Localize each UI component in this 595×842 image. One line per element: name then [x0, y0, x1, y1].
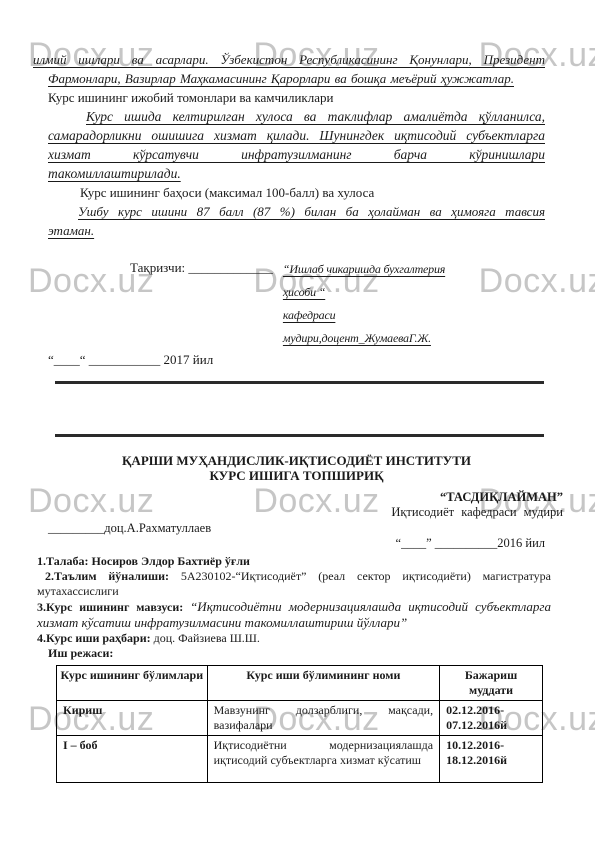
row-section: Кириш — [57, 701, 208, 736]
reviewer-label: Тақризчи: — [130, 260, 185, 275]
table-row: Кириш Мавзунинг долзарблиги, мақсади, ва… — [57, 701, 543, 736]
item-advisor-label: 4.Курс иши раҳбари: — [37, 631, 151, 645]
item-advisor-value: доц. Файзиева Ш.Ш. — [154, 631, 260, 645]
item-advisor: 4.Курс иши раҳбари: доц. Файзиева Ш.Ш. — [37, 631, 551, 646]
row-deadline: 02.12.2016-07.12.2016й — [440, 701, 543, 736]
conclusion-paragraph: Курс ишида келтирилган хулоса ва таклифл… — [48, 107, 545, 183]
item-direction-label: 2.Таълим йўналиши: — [45, 569, 169, 583]
item-student-value: Носиров Элдор Бахтиёр ўғли — [92, 554, 250, 568]
institute-header: ҚАРШИ МУҲАНДИСЛИК-ИҚТИСОДИЁТ ИНСТИТУТИ К… — [48, 453, 545, 483]
grade-heading: Курс ишининг баҳоси (максимал 100-балл) … — [48, 183, 545, 202]
column-header-deadline: Бажариш муддати — [440, 666, 543, 701]
table-row: I – боб Иқтисодиётни модернизациялашда и… — [57, 736, 543, 783]
plan-table: Курс ишининг бўлимлари Курс иши бўлимини… — [56, 665, 543, 783]
column-header-sections: Курс ишининг бўлимлари — [57, 666, 208, 701]
document-content: илмий ишлари ва асарлари. Ўзбекистон Рес… — [0, 0, 595, 783]
reviewer-block: Тақризчи: _____________ “Ишлаб чикаришда… — [48, 258, 545, 350]
row-section: I – боб — [57, 736, 208, 783]
reviewer-title-line1: “Ишлаб чикаришда бухгалтерия ҳисоби “ — [283, 258, 475, 304]
plan-heading: Иш режаси: — [48, 646, 545, 661]
approval-stamp: “ТАСДИҚЛАЙМАН” — [48, 490, 563, 505]
item-direction: 2.Таълим йўналиши: 5А230102-“Иқтисодиёт”… — [37, 569, 551, 599]
reviewer-signature-blank: _____________ — [188, 260, 273, 275]
approval-date-line: “____” __________2016 йил — [48, 536, 545, 551]
column-header-name: Курс иши бўлимининг номи — [207, 666, 439, 701]
review-date-line: “____“ ___________ 2017 йил — [48, 350, 545, 369]
item-topic: 3.Курс ишининг мавзуси: “Иқтисодиётни мо… — [37, 599, 551, 631]
reviewer-signature-area: Тақризчи: _____________ — [130, 258, 273, 350]
institute-name: ҚАРШИ МУҲАНДИСЛИК-ИҚТИСОДИЁТ ИНСТИТУТИ — [48, 453, 545, 468]
item-student: 1.Талаба: Носиров Элдор Бахтиёр ўғли — [37, 554, 551, 569]
item-student-label: 1.Талаба: — [37, 554, 89, 568]
document-page: Docx.uz Docx.uz Docx.uz Docx.uz Docx.uz … — [0, 0, 595, 842]
grade-paragraph: Ушбу курс ишини 87 балл (87 %) билан ба … — [48, 202, 545, 240]
assignment-items: 1.Талаба: Носиров Элдор Бахтиёр ўғли 2.Т… — [37, 554, 551, 646]
assignment-title: КУРС ИШИГА ТОПШИРИҚ — [48, 468, 545, 483]
row-name: Иқтисодиётни модернизациялашда иқтисодий… — [207, 736, 439, 783]
sources-paragraph: илмий ишлари ва асарлари. Ўзбекистон Рес… — [48, 50, 545, 88]
row-name: Мавзунинг долзарблиги, мақсади, вазифала… — [207, 701, 439, 736]
separator-line-top — [55, 381, 544, 384]
pros-cons-heading: Курс ишининг ижобий томонлари ва камчили… — [48, 88, 545, 107]
separator-line-bottom — [55, 434, 544, 437]
head-signature-line: _________доц.А.Рахматуллаев — [48, 520, 545, 536]
plan-table-header-row: Курс ишининг бўлимлари Курс иши бўлимини… — [57, 666, 543, 701]
department-head-line: Иқтисодиёт кафедраси мудири — [48, 505, 563, 520]
row-deadline: 10.12.2016-18.12.2016й — [440, 736, 543, 783]
approval-block: “ТАСДИҚЛАЙМАН” Иқтисодиёт кафедраси муди… — [48, 490, 563, 520]
reviewer-title: “Ишлаб чикаришда бухгалтерия ҳисоби “ ка… — [283, 258, 475, 350]
reviewer-title-line2: кафедраси мудири,доцент_ЖумаеваГ.Ж. — [283, 304, 475, 350]
item-topic-label: 3.Курс ишининг мавзуси: — [37, 600, 183, 614]
